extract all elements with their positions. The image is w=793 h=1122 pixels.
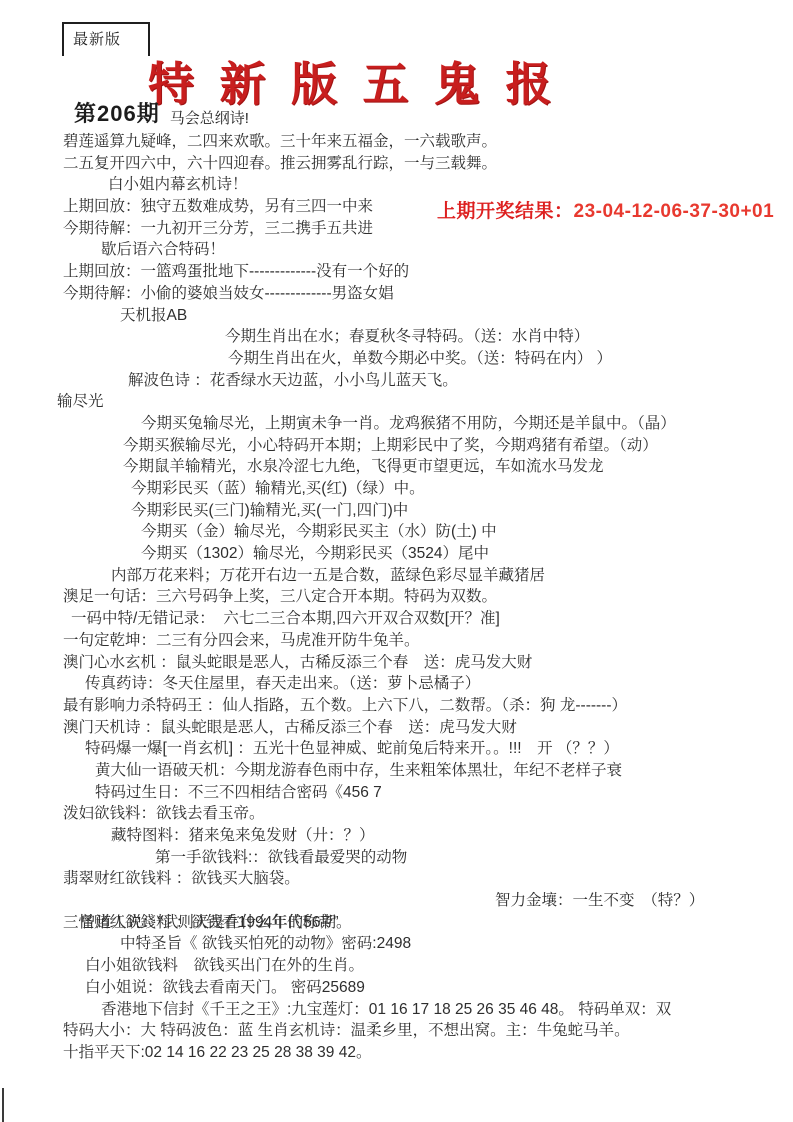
text-line: 澳门天机诗 ：鼠头蛇眼是恶人，古稀反添三个春 送：虎马发大财 xyxy=(63,717,779,739)
text-line: 输尽光 xyxy=(57,391,779,413)
text-line: 今期鼠羊输精光，水泉冷涩七九绝，飞得更市望更远，车如流水马发龙 xyxy=(123,456,779,478)
text-line: 一码中特/无错记录： 六七二三合本期,四六开双合双数[开？准] xyxy=(71,608,779,630)
text-line: 澳门心水玄机 ：鼠头蛇眼是恶人，古稀反添三个春 送：虎马发大财 xyxy=(63,652,779,674)
text-line: 藏特图料：猪来兔来兔发财（廾：？） xyxy=(111,825,779,847)
text-line: 二五复开四六中，六十四迎春。推云拥雾乱行踪，一与三载舞。 xyxy=(63,153,779,175)
text-line: 澳足一句话：三六号码争上奖，三八定合开本期。特码为双数。 xyxy=(63,586,779,608)
previous-draw-result: 上期开奖结果：23-04-12-06-37-30+01 xyxy=(437,196,774,223)
text-line: 翡翠财红欲钱料 ：欲钱买大脑袋。 xyxy=(63,868,779,890)
text-line: 白小姐说：欲钱去看南天门。 密码25689 xyxy=(85,977,779,999)
text-line: 天机报AB xyxy=(120,305,779,327)
text-line: 特码爆一爆[一肖玄机] ：五光十色显神威、蛇前兔后特来开。。!!! 开 （？？） xyxy=(85,738,779,760)
text-line: 特码大小：大 特码波色：蓝 生肖玄机诗：温柔乡里，不想出窝。主：牛兔蛇马羊。 xyxy=(63,1020,779,1042)
text-line: 解波色诗 ：花香绿水天边蓝，小小鸟儿蓝天飞。 xyxy=(128,370,779,392)
text-line: 今期彩民买（蓝）输精光,买(红)（绿）中。 xyxy=(131,478,779,500)
text-line: 一句定乾坤：二三有分四会来，马虎准开防牛兔羊。 xyxy=(63,630,779,652)
text-line: 香港地下信封《千王之王》:九宝莲灯：01 16 17 18 25 26 35 4… xyxy=(101,999,779,1021)
text-line: 传真药诗：冬天住屋里，春天走出来。（送：萝卜忌橘子） xyxy=(85,673,779,695)
text-line: 最有影响力杀特码王 ：仙人指路，五个数。上六下八，二数帮。（杀：狗 龙-----… xyxy=(63,695,779,717)
latest-version-tag: 最新版 xyxy=(62,22,150,56)
text-line: 内部万花来料；万花开右边一五是合数，蓝绿色彩尽显羊藏猪居 xyxy=(111,565,779,587)
issue-subtitle: 马会总纲诗! xyxy=(170,110,249,127)
text-line: 第一手欲钱料:：欲钱看最爱哭的动物 xyxy=(155,847,779,869)
text-line-left: 曾道人说：“武则天是在什么年代称帝” xyxy=(80,914,338,931)
text-line: 泼妇欲钱料：欲钱去看玉帝。 xyxy=(63,803,779,825)
previous-draw-numbers: 23-04-12-06-37-30+01 xyxy=(574,201,775,222)
tip-sheet-body: 碧莲遥算九疑峰，二四来欢歌。三十年来五福金，一六载歌声。 二五复开四六中，六十四… xyxy=(63,131,779,1064)
text-line: 中特圣旨《 欲钱买怕死的动物》密码:2498 xyxy=(120,933,779,955)
text-line-split: 曾道人说：“武则天是在什么年代称帝” 智力金壤：一生不变 （特？） xyxy=(63,890,779,912)
text-line: 今期买兔输尽光，上期寅未争一肖。龙鸡猴猪不用防，今期还是羊鼠中。（晶） xyxy=(141,413,779,435)
text-line: 碧莲遥算九疑峰，二四来欢歌。三十年来五福金，一六载歌声。 xyxy=(63,131,779,153)
text-line: 今期买猴输尽光，小心特码开本期；上期彩民中了奖，今期鸡猪有希望。（动） xyxy=(123,435,779,457)
text-line: 今期待解：小偷的婆娘当妓女-------------男盗女娼 xyxy=(63,283,779,305)
previous-draw-label: 上期开奖结果： xyxy=(437,201,574,222)
issue-header: 第206期马会总纲诗! xyxy=(74,97,249,128)
text-line: 今期彩民买(三门)输精光,买(一门,四门)中 xyxy=(131,500,779,522)
text-line: 白小姐内幕玄机诗！ xyxy=(108,174,779,196)
text-line: 十指平天下:02 14 16 22 23 25 28 38 39 42。 xyxy=(63,1042,779,1064)
text-line: 今期生肖出在水；春夏秋冬寻特码。（送：水肖中特） xyxy=(225,326,779,348)
text-line-right: 智力金壤：一生不变 （特？） xyxy=(495,890,704,912)
text-line: 歇后语六合特码！ xyxy=(101,239,779,261)
text-line: 上期回放：一篮鸡蛋批地下-------------没有一个好的 xyxy=(63,261,779,283)
scan-edge-artifact xyxy=(2,1088,4,1122)
text-line: 今期生肖出在火，单数今期必中奖。（送：特码在内） ） xyxy=(228,348,779,370)
text-line: 今期买（金）输尽光，今期彩民买主（水）防(土) 中 xyxy=(141,521,779,543)
issue-number: 第206期 xyxy=(74,101,160,126)
text-line: 黄大仙一语破天机：今期龙游春色雨中存，生来粗笨体黑壮，年纪不老样子衰 xyxy=(95,760,779,782)
text-line: 特码过生日：不三不四相结合密码《456 7 xyxy=(95,782,779,804)
text-line: 白小姐欲钱料 欲钱买出门在外的生肖。 xyxy=(85,955,779,977)
text-line: 今期买（1302）输尽光，今期彩民买（3524）尾中 xyxy=(141,543,779,565)
